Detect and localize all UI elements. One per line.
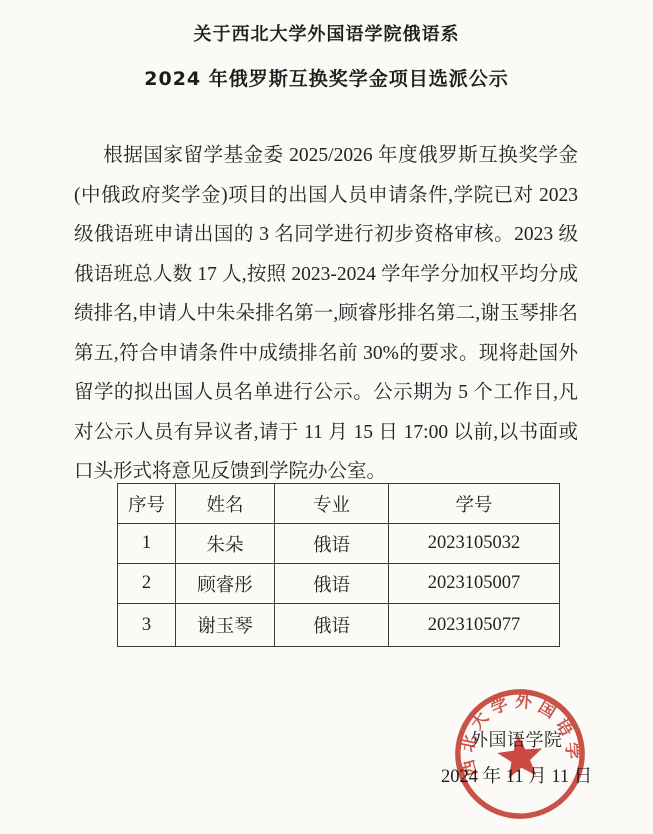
cell-major: 俄语	[275, 564, 389, 604]
table-row: 1 朱朵 俄语 2023105032	[118, 524, 560, 564]
cell-name: 朱朵	[176, 524, 275, 564]
table-row: 3 谢玉琴 俄语 2023105077	[118, 604, 560, 647]
column-header-name: 姓名	[176, 484, 275, 524]
table-header-row: 序号 姓名 专业 学号	[118, 484, 560, 524]
cell-index: 3	[118, 604, 176, 647]
cell-index: 2	[118, 564, 176, 604]
announcement-document: 关于西北大学外国语学院俄语系 2024 年俄罗斯互换奖学金项目选派公示 根据国家…	[0, 0, 653, 834]
cell-index: 1	[118, 524, 176, 564]
column-header-major: 专业	[275, 484, 389, 524]
cell-student-id: 2023105032	[389, 524, 560, 564]
cell-student-id: 2023105077	[389, 604, 560, 647]
announcement-body: 根据国家留学基金委 2025/2026 年度俄罗斯互换奖学金(中俄政府奖学金)项…	[74, 136, 578, 492]
column-header-index: 序号	[118, 484, 176, 524]
candidate-roster-table: 序号 姓名 专业 学号 1 朱朵 俄语 2023105032 2 顾睿彤 俄语 …	[117, 483, 560, 647]
cell-student-id: 2023105007	[389, 564, 560, 604]
seal-ring	[452, 686, 589, 823]
table-row: 2 顾睿彤 俄语 2023105007	[118, 564, 560, 604]
column-header-student-id: 学号	[389, 484, 560, 524]
cell-major: 俄语	[275, 524, 389, 564]
cell-name: 顾睿彤	[176, 564, 275, 604]
cell-name: 谢玉琴	[176, 604, 275, 647]
signature-org: 外国语学院	[470, 726, 563, 752]
document-title-line1: 关于西北大学外国语学院俄语系	[0, 20, 653, 46]
cell-major: 俄语	[275, 604, 389, 647]
signature-date: 2024 年 11 月 11 日	[441, 762, 592, 788]
official-seal: 西北大学外国语学院	[444, 678, 596, 830]
document-title-line2: 2024 年俄罗斯互换奖学金项目选派公示	[0, 64, 653, 91]
